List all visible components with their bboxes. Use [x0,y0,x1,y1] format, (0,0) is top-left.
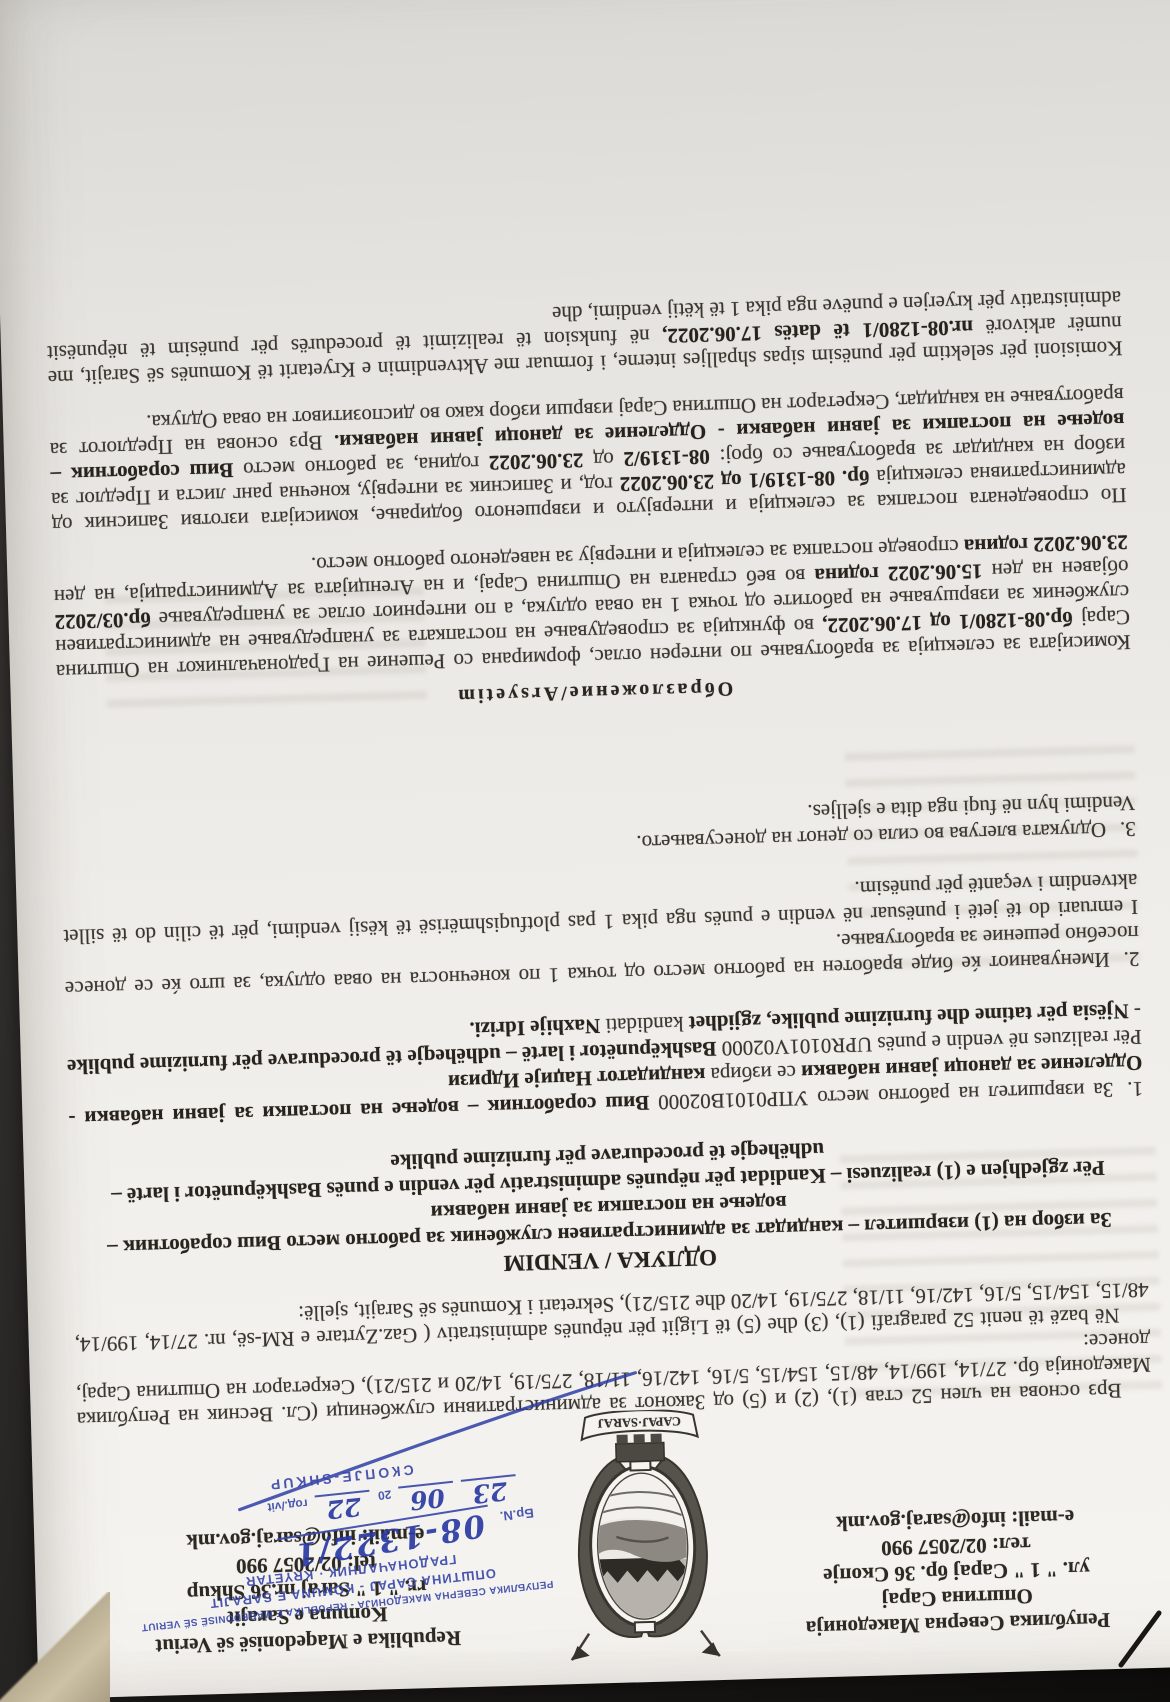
pen-slash-mark [1113,1607,1170,1669]
mayor-office-stamp: РЕПУБЛИКА СЕВЕРНА МАКЕДОНИЈА - REPUBLIKA… [133,1370,554,1631]
explanation-paragraph-1: Комисијата за селекција за вработување п… [53,529,1131,684]
folder-corner [0,1592,110,1702]
document-page: Република Северна Македонија Општина Сар… [0,0,1170,1699]
pennant-icon [572,1630,721,1660]
explanation-paragraph-2: По спроведената постапка за селекција и … [49,382,1127,537]
explanation-paragraph-3: Komisioni për selektim për punësim sipas… [46,285,1123,390]
stamp-number-label: Бр.N. [499,1505,534,1524]
decision-item-1: 1.За извршител на работно место УПР0101В… [66,998,1143,1132]
item-number: 1. [1113,1077,1143,1102]
scanned-document-photo: Република Северна Македонија Општина Сар… [0,0,1170,1702]
letterhead-macedonian: Република Северна Македонија Општина Сар… [755,1502,1159,1665]
item-number: 3. [1106,817,1136,842]
decision-item-2: 2.Именуваниот ќе биде вработен на работн… [62,868,1139,1002]
decision-item-3: 3.Одлуката влегува во сила со денот на д… [60,790,1136,872]
item-number: 2. [1109,947,1139,972]
